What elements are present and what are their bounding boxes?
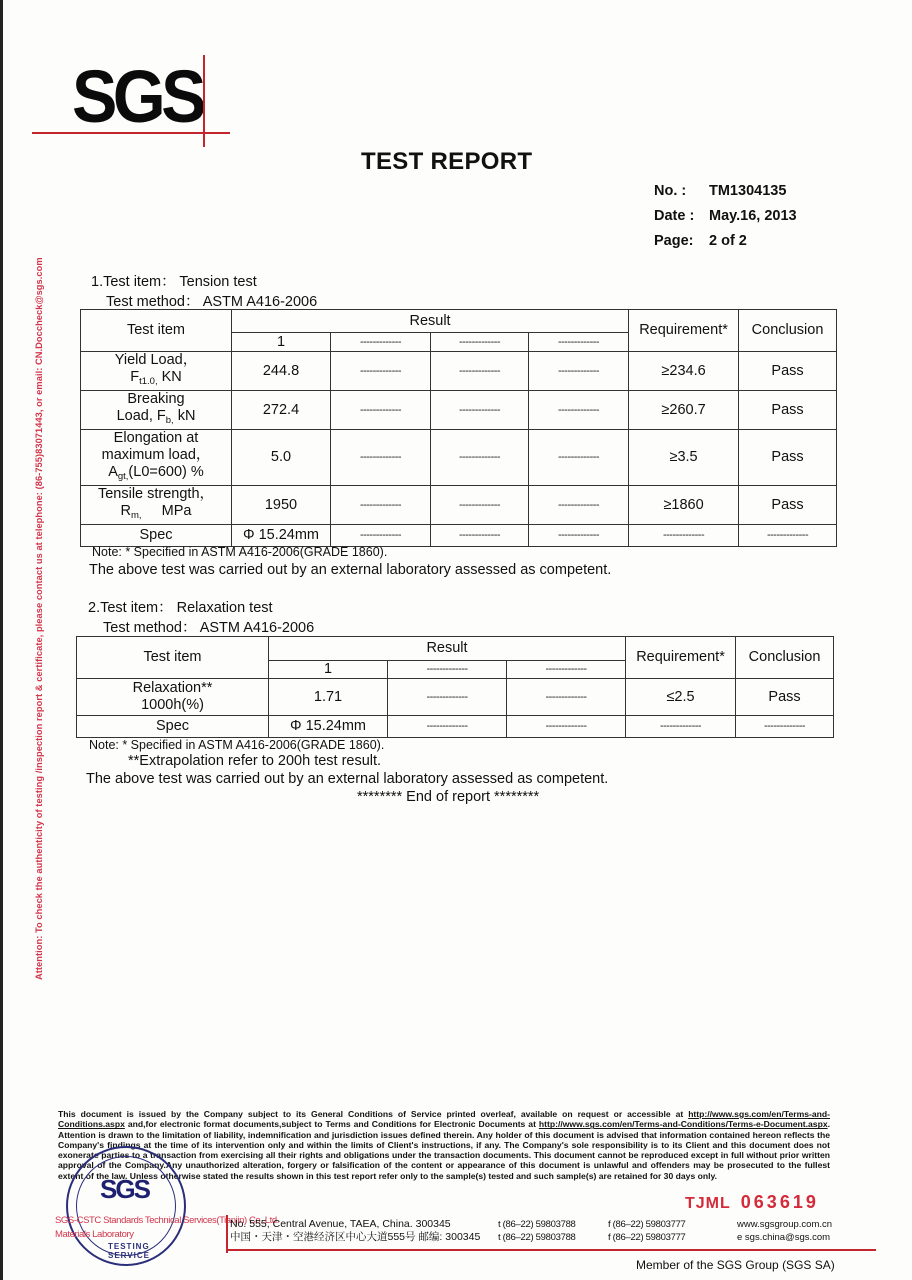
meta-label: Page: [654,233,709,249]
stamp-label: TESTING SERVICE [108,1242,184,1260]
label-line: 1000h(%) [141,697,204,713]
subheader-2: ------------- [388,661,507,679]
address-english: No. 555, Central Avenue, TAEA, China. 30… [230,1218,480,1231]
table-row: Breaking Load, Fb, kN 272.4 ------------… [81,391,837,430]
section1-test-item: 1.Test item： Tension test [91,270,257,291]
label-line: Load, F [117,408,166,424]
report-meta: No. : TM1304135 Date : May.16, 2013 Page… [654,178,797,253]
telephone-block: t (86–22) 59803788 t (86–22) 59803788 [498,1218,576,1244]
value-3: ------------- [431,391,529,430]
section1-note: Note: * Specified in ASTM A416-2006(GRAD… [92,545,387,559]
value-2: ------------- [331,352,431,391]
section1-statement: The above test was carried out by an ext… [89,562,611,578]
conclusion: Pass [739,352,837,391]
label-line: Relaxation** [133,680,213,696]
requirement: ------------- [629,525,739,547]
subscript: gt, [118,471,129,482]
value-2: ------------- [331,525,431,547]
value-4: ------------- [529,486,629,525]
serial-digits: 063619 [741,1192,819,1212]
member-notice: Member of the SGS Group (SGS SA) [636,1258,835,1272]
row-label-breaking-load: Breaking Load, Fb, kN [81,391,232,430]
meta-number: No. : TM1304135 [654,178,797,203]
label-line: A [108,464,118,480]
contact-web-block: www.sgsgroup.com.cn e sgs.china@sgs.com [737,1218,832,1244]
row-label-yield-load: Yield Load， Ft1.0, KN [81,352,232,391]
sgs-logo: SGS [32,52,232,147]
value-1: 1.71 [269,679,388,716]
table-row: Elongation at maximum load， Agt,(L0=600)… [81,430,837,486]
table-row-spec: Spec Φ 15.24mm ------------- -----------… [77,716,834,738]
fax: f (86–22) 59803777 [608,1231,686,1244]
email-link[interactable]: e sgs.china@sgs.com [737,1231,832,1244]
subheader-1: 1 [269,661,388,679]
telephone: t (86–22) 59803788 [498,1231,576,1244]
logo-red-line-horizontal [32,132,230,134]
logo-red-line-vertical [203,55,205,147]
conclusion: Pass [739,430,837,486]
table-row: Relaxation** 1000h(%) 1.71 -------------… [77,679,834,716]
header-result: Result [232,310,629,333]
table-header-row: Test item Result Requirement* Conclusion [77,637,834,661]
value-2: ------------- [388,679,507,716]
requirement: ≤2.5 [626,679,736,716]
label-line: Yield Load， [115,352,198,368]
table-row: Tensile strength， Rm, MPa 1950 ---------… [81,486,837,525]
requirement: ≥3.5 [629,430,739,486]
sgs-stamp: SGS TESTING SERVICE [66,1146,186,1266]
value-2: ------------- [331,486,431,525]
value-2: ------------- [331,391,431,430]
header-test-item: Test item [81,310,232,352]
header-conclusion: Conclusion [739,310,837,352]
report-date: May.16, 2013 [709,208,797,224]
label-line: KN [158,369,182,385]
row-label-spec: Spec [81,525,232,547]
section2-statement: The above test was carried out by an ext… [86,771,608,787]
website-link[interactable]: www.sgsgroup.com.cn [737,1218,832,1231]
value-4: ------------- [529,352,629,391]
disclaimer-text: This document is issued by the Company s… [58,1109,688,1119]
value-3: ------------- [507,716,626,738]
logo-text: SGS [72,60,202,134]
header-test-item: Test item [77,637,269,679]
scan-edge [0,0,3,1280]
section2-test-item: 2.Test item： Relaxation test [88,596,273,617]
serial-number: TJML063619 [685,1192,819,1213]
label-line: MPa [142,503,192,519]
fax-block: f (86–22) 59803777 f (86–22) 59803777 [608,1218,686,1244]
section2-note: Note: * Specified in ASTM A416-2006(GRAD… [89,738,384,752]
page-number: 2 of 2 [709,233,747,249]
conclusion: ------------- [739,525,837,547]
footer-red-line-vertical [226,1215,228,1253]
table-row-spec: Spec Φ 15.24mm ------------- -----------… [81,525,837,547]
value-3: ------------- [431,486,529,525]
row-label-relaxation: Relaxation** 1000h(%) [77,679,269,716]
label-line: (L0=600) % [128,464,203,480]
requirement: ≥234.6 [629,352,739,391]
subscript: t1.0, [139,376,158,387]
header-requirement: Requirement* [626,637,736,679]
row-label-tensile-strength: Tensile strength， Rm, MPa [81,486,232,525]
report-title: TEST REPORT [361,148,532,176]
report-number: TM1304135 [709,183,786,199]
conclusion: ------------- [736,716,834,738]
header-result: Result [269,637,626,661]
end-of-report: ******** End of report ******** [357,789,539,805]
value-4: ------------- [529,525,629,547]
electronic-terms-link[interactable]: http://www.sgs.com/en/Terms-and-Conditio… [539,1119,828,1129]
label-line: R [120,503,130,519]
subheader-3: ------------- [431,333,529,352]
conclusion: Pass [736,679,834,716]
value-3: ------------- [431,430,529,486]
value-1: 244.8 [232,352,331,391]
subheader-4: ------------- [529,333,629,352]
label-line: Elongation at [114,430,199,446]
section2-test-method: Test method： ASTM A416-2006 [103,616,314,637]
serial-prefix: TJML [685,1195,731,1212]
value-4: ------------- [529,430,629,486]
row-label-spec: Spec [77,716,269,738]
label-line: Tensile strength， [98,486,214,502]
requirement: ≥260.7 [629,391,739,430]
meta-label: No. : [654,183,709,199]
label-line: maximum load， [102,447,211,463]
value-1: 1950 [232,486,331,525]
subscript: m, [131,510,142,521]
label-line: kN [174,408,196,424]
subheader-1: 1 [232,333,331,352]
value-3: ------------- [431,525,529,547]
footer-red-line-horizontal [226,1249,876,1251]
table-row: Yield Load， Ft1.0, KN 244.8 ------------… [81,352,837,391]
section1-test-method: Test method： ASTM A416-2006 [106,290,317,311]
table-header-row: Test item Result Requirement* Conclusion [81,310,837,333]
conclusion: Pass [739,486,837,525]
label-line: Breaking [127,391,184,407]
subheader-2: ------------- [331,333,431,352]
value-2: ------------- [388,716,507,738]
requirement: ≥1860 [629,486,739,525]
fax: f (86–22) 59803777 [608,1218,686,1231]
meta-page: Page: 2 of 2 [654,228,797,253]
authenticity-notice: Attention: To check the authenticity of … [34,257,44,980]
tension-test-table: Test item Result Requirement* Conclusion… [80,309,837,547]
value-1: 5.0 [232,430,331,486]
address-block: No. 555, Central Avenue, TAEA, China. 30… [230,1218,480,1244]
relaxation-test-table: Test item Result Requirement* Conclusion… [76,636,834,738]
conclusion: Pass [739,391,837,430]
meta-date: Date : May.16, 2013 [654,203,797,228]
spec-value: Φ 15.24mm [232,525,331,547]
meta-label: Date : [654,208,709,224]
label-line: F [130,369,139,385]
header-conclusion: Conclusion [736,637,834,679]
row-label-elongation: Elongation at maximum load， Agt,(L0=600)… [81,430,232,486]
header-requirement: Requirement* [629,310,739,352]
subscript: b, [166,415,174,426]
value-3: ------------- [507,679,626,716]
spec-value: Φ 15.24mm [269,716,388,738]
telephone: t (86–22) 59803788 [498,1218,576,1231]
value-4: ------------- [529,391,629,430]
value-3: ------------- [431,352,529,391]
section2-note-extrapolation: **Extrapolation refer to 200h test resul… [128,753,381,769]
stamp-logo: SGS [100,1174,149,1205]
requirement: ------------- [626,716,736,738]
address-chinese: 中国・天津・空港经济区中心大道555号 邮编: 300345 [230,1231,480,1244]
value-1: 272.4 [232,391,331,430]
disclaimer-text: and,for electronic format documents,subj… [125,1119,539,1129]
value-2: ------------- [331,430,431,486]
subheader-3: ------------- [507,661,626,679]
